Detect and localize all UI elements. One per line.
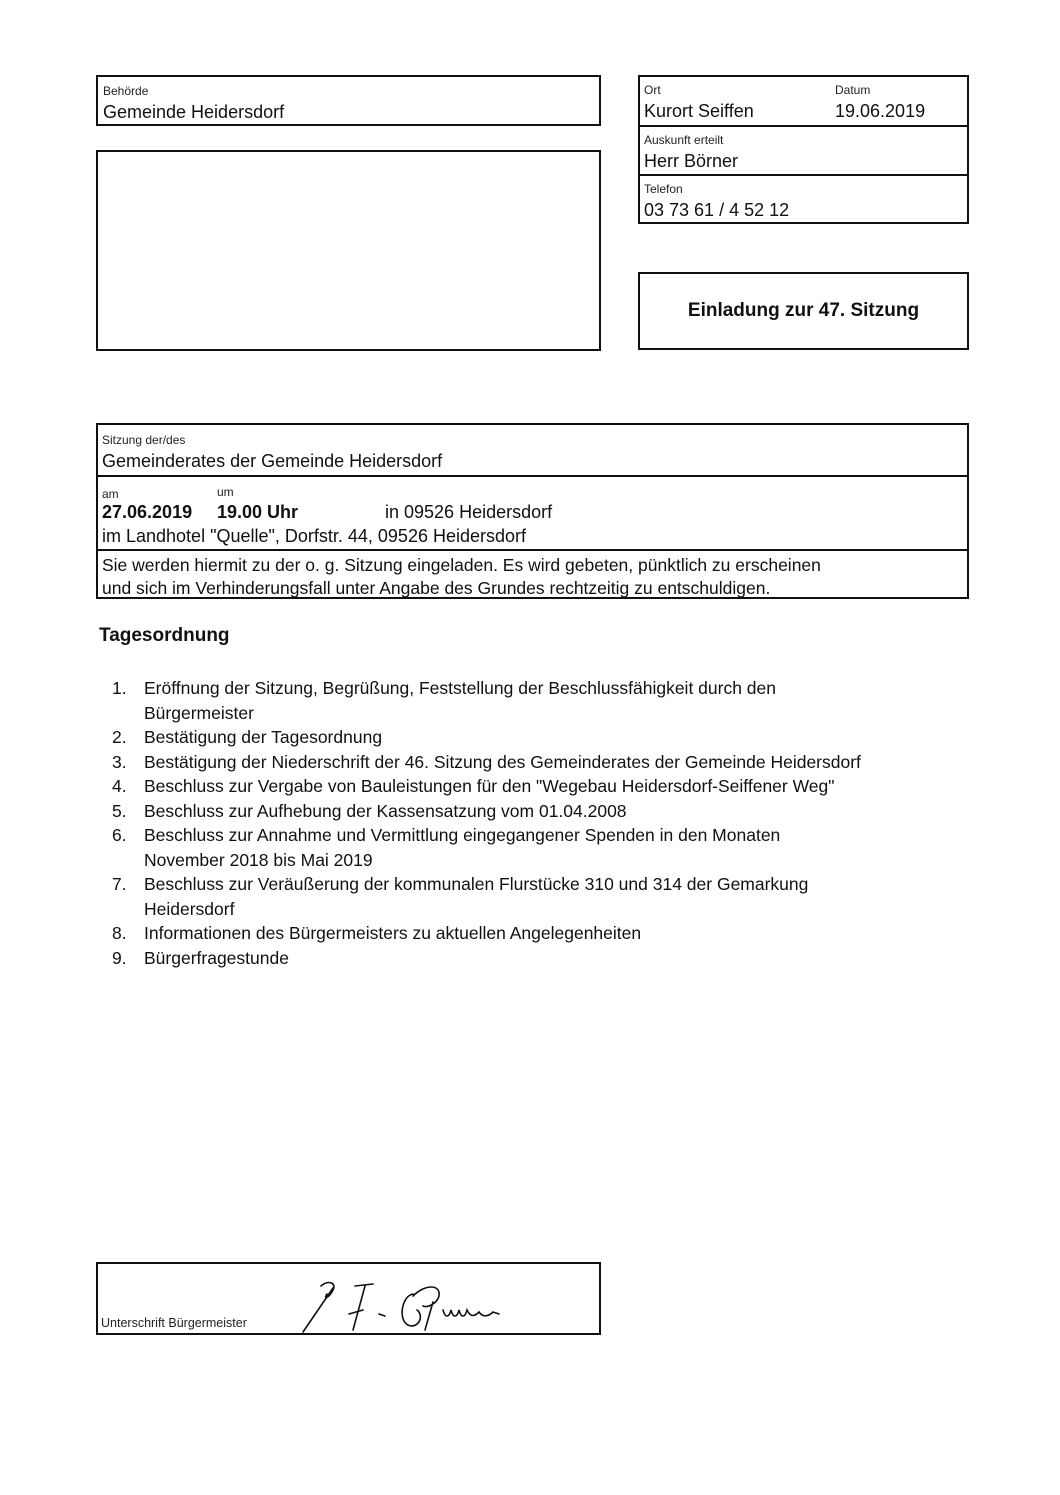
agenda-item: 5.Beschluss zur Aufhebung der Kassensatz… <box>108 799 968 824</box>
contact-row: Auskunft erteilt Herr Börner <box>640 125 967 175</box>
meeting-body-label: Sitzung der/des <box>102 433 967 447</box>
authority-label: Behörde <box>103 84 599 98</box>
agenda-item-text: Bürgerfragestunde <box>144 946 968 971</box>
agenda-item: 2.Bestätigung der Tagesordnung <box>108 725 968 750</box>
notice-line-2: und sich im Verhinderungsfall unter Anga… <box>102 577 967 600</box>
agenda-item-text: Informationen des Bürgermeisters zu aktu… <box>144 921 968 946</box>
agenda-item-number: 1. <box>112 676 127 701</box>
authority-field: Behörde Gemeinde Heidersdorf <box>96 75 601 126</box>
signature-box: Unterschrift Bürgermeister <box>96 1262 601 1335</box>
agenda-item: 1.Eröffnung der Sitzung, Begrüßung, Fest… <box>108 676 968 725</box>
agenda-item-number: 9. <box>112 946 127 971</box>
meeting-time: 19.00 Uhr <box>217 501 298 523</box>
meeting-notice-section: Sie werden hiermit zu der o. g. Sitzung … <box>98 549 967 599</box>
meeting-date: 27.06.2019 <box>102 501 192 523</box>
agenda-item-text: Bestätigung der Tagesordnung <box>144 725 968 750</box>
agenda-item-number: 3. <box>112 750 127 775</box>
date-label: Datum <box>835 83 925 97</box>
agenda-item: 8.Informationen des Bürgermeisters zu ak… <box>108 921 968 946</box>
agenda-item-text: Beschluss zur Annahme und Vermittlung ei… <box>144 823 968 848</box>
agenda-item-continuation: Bürgermeister <box>144 701 968 726</box>
document-title: Einladung zur 47. Sitzung <box>688 300 919 322</box>
date-value: 19.06.2019 <box>835 100 925 122</box>
agenda-item-number: 8. <box>112 921 127 946</box>
time-label: um <box>217 485 234 499</box>
agenda-item-number: 5. <box>112 799 127 824</box>
signature-label: Unterschrift Bürgermeister <box>101 1316 247 1330</box>
handwritten-signature-icon <box>293 1274 553 1334</box>
authority-value: Gemeinde Heidersdorf <box>103 101 599 123</box>
meeting-time-section: am um 27.06.2019 19.00 Uhr in 09526 Heid… <box>98 475 967 549</box>
place-date-row: Ort Kurort Seiffen Datum 19.06.2019 <box>640 77 967 127</box>
agenda-item-number: 7. <box>112 872 127 897</box>
agenda-item-continuation: November 2018 bis Mai 2019 <box>144 848 968 873</box>
meeting-block: Sitzung der/des Gemeinderates der Gemein… <box>96 423 969 599</box>
agenda-item: 9.Bürgerfragestunde <box>108 946 968 971</box>
agenda-item: 7.Beschluss zur Veräußerung der kommunal… <box>108 872 968 921</box>
agenda-list: 1.Eröffnung der Sitzung, Begrüßung, Fest… <box>108 676 968 970</box>
meeting-venue: im Landhotel "Quelle", Dorfstr. 44, 0952… <box>102 525 967 547</box>
meeting-body-value: Gemeinderates der Gemeinde Heidersdorf <box>102 450 967 472</box>
notice-line-1: Sie werden hiermit zu der o. g. Sitzung … <box>102 554 967 577</box>
contact-label: Auskunft erteilt <box>644 133 967 147</box>
date-label: am <box>102 487 119 501</box>
agenda-item-number: 2. <box>112 725 127 750</box>
agenda-item: 6.Beschluss zur Annahme und Vermittlung … <box>108 823 968 872</box>
agenda-item-continuation: Heidersdorf <box>144 897 968 922</box>
agenda-item-text: Beschluss zur Vergabe von Bauleistungen … <box>144 774 968 799</box>
agenda-title: Tagesordnung <box>99 625 230 647</box>
phone-row: Telefon 03 73 61 / 4 52 12 <box>640 174 967 224</box>
agenda-item-number: 4. <box>112 774 127 799</box>
agenda-item-text: Beschluss zur Aufhebung der Kassensatzun… <box>144 799 968 824</box>
meeting-place: in 09526 Heidersdorf <box>385 501 552 523</box>
document-title-box: Einladung zur 47. Sitzung <box>638 272 969 350</box>
meeting-body-section: Sitzung der/des Gemeinderates der Gemein… <box>98 425 967 475</box>
agenda-item-text: Bestätigung der Niederschrift der 46. Si… <box>144 750 968 775</box>
agenda-item-text: Eröffnung der Sitzung, Begrüßung, Festst… <box>144 676 968 701</box>
agenda-item-text: Beschluss zur Veräußerung der kommunalen… <box>144 872 968 897</box>
phone-value: 03 73 61 / 4 52 12 <box>644 199 967 221</box>
agenda-item: 4.Beschluss zur Vergabe von Bauleistunge… <box>108 774 968 799</box>
address-window <box>96 150 601 351</box>
agenda-item-number: 6. <box>112 823 127 848</box>
phone-label: Telefon <box>644 182 967 196</box>
info-block: Ort Kurort Seiffen Datum 19.06.2019 Ausk… <box>638 75 969 224</box>
contact-value: Herr Börner <box>644 150 967 172</box>
agenda-item: 3.Bestätigung der Niederschrift der 46. … <box>108 750 968 775</box>
